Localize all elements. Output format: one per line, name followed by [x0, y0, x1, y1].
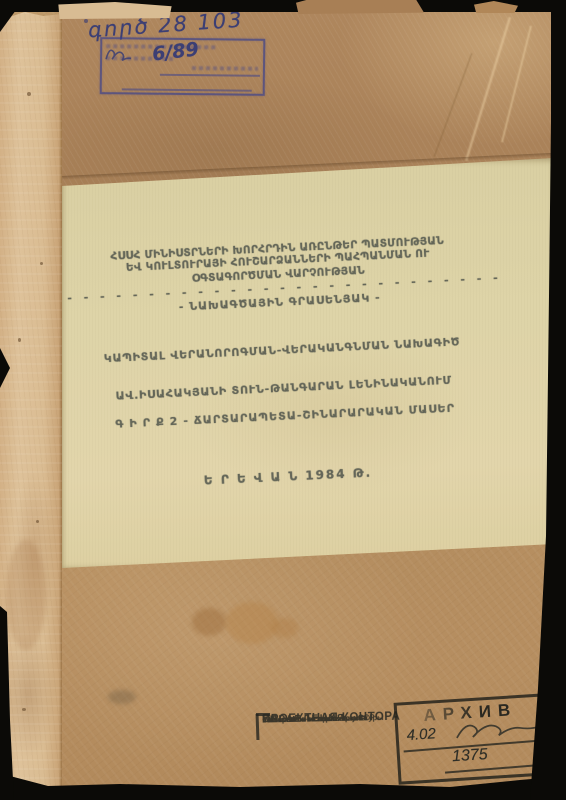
handwritten-archive-number: 4.02 [406, 725, 436, 744]
ink-speck [40, 262, 43, 265]
handwritten-archive-file-number: 1375 [452, 746, 489, 766]
registration-stamp-box: 6/89 [100, 37, 266, 96]
stain [272, 618, 298, 638]
handwriting-scribble [102, 41, 150, 68]
org-name-line1: ՀՍՍՀ ՄԻՆԻՍՏՐՆԵՐԻ ԽՈՐՀՐԴԻՆ ԱՌԸՆԹԵՐ ՊԱՏՄՈՒ… [65, 233, 489, 265]
office-line: - ՆԱԽԱԳԾԱՅԻՆ ԳՐԱՍԵՆՅԱԿ - [68, 286, 492, 319]
label-text-block: ՀՍՍՀ ՄԻՆԻՍՏՐՆԵՐԻ ԽՈՐՀՐԴԻՆ ԱՌԸՆԹԵՐ ՊԱՏՄՈՒ… [62, 163, 566, 570]
spine-strip [0, 10, 62, 788]
org-name-line3: ՕԳՏԱԳՈՐԾՄԱՆ ՎԱՐՉՈՒԹՅԱՆ [66, 259, 490, 291]
handwritten-registration-code: 6/89 [151, 38, 200, 65]
book-number-line: Գ Ի Ր Ք 2 - ՃԱՐՏԱՐԱՊԵՏԱ-ՇԻՆԱՐԱՐԱԿԱՆ ՄԱՍԵ… [73, 400, 497, 433]
torn-paper-flap [296, 0, 424, 14]
faint-stamp-text-row [192, 66, 258, 71]
city-year-line: Ե Ր Ե Վ Ա Ն 1984 Թ. [76, 460, 500, 494]
stamp-rule-line [160, 74, 260, 77]
org-name-line2: ԵՎ ԿՈՒԼՏՈՒՐԱՅԻ ՀՈՒՇԱՐՁԱՆՆԵՐԻ ՊԱՀՊԱՆՄԱՆ Ո… [66, 245, 490, 277]
ink-speck [36, 520, 39, 523]
object-title-line: ԱՎ.ԻՍԱՀԱԿՅԱՆԻ ՏՈՒՆ-ԹԱՆԳԱՐԱՆ ԼԵՆԻՆԱԿԱՆՈՒՄ [72, 372, 496, 405]
paper-label: ՀՍՍՀ ՄԻՆԻՍՏՐՆԵՐԻ ԽՈՐՀՐԴԻՆ ԱՌԸՆԹԵՐ ՊԱՏՄՈՒ… [62, 158, 554, 570]
scanned-cover: ՀՍՍՀ ՄԻՆԻՍՏՐՆԵՐԻ ԽՈՐՀՐԴԻՆ ԱՌԸՆԹԵՐ ՊԱՏՄՈՒ… [0, 0, 566, 800]
ink-speck [18, 338, 21, 342]
stamp-rule-line [122, 88, 252, 91]
archive-stamp-box: АРХИВ 4.02 1375 [394, 693, 551, 784]
ink-speck [22, 708, 26, 711]
stain [108, 690, 136, 704]
separator-line: - - - - - - - - - - - - - - - - - - - - … [67, 272, 491, 305]
stain [192, 608, 226, 636]
ink-speck [27, 92, 31, 96]
project-title-line: ԿԱՊԻՏԱԼ ՎԵՐԱՆՈՐՈԳՄԱՆ-ՎԵՐԱԿԱՆԳՆՄԱՆ ՆԱԽԱԳԻ… [70, 334, 494, 367]
stain [6, 540, 46, 650]
stain [226, 602, 278, 644]
